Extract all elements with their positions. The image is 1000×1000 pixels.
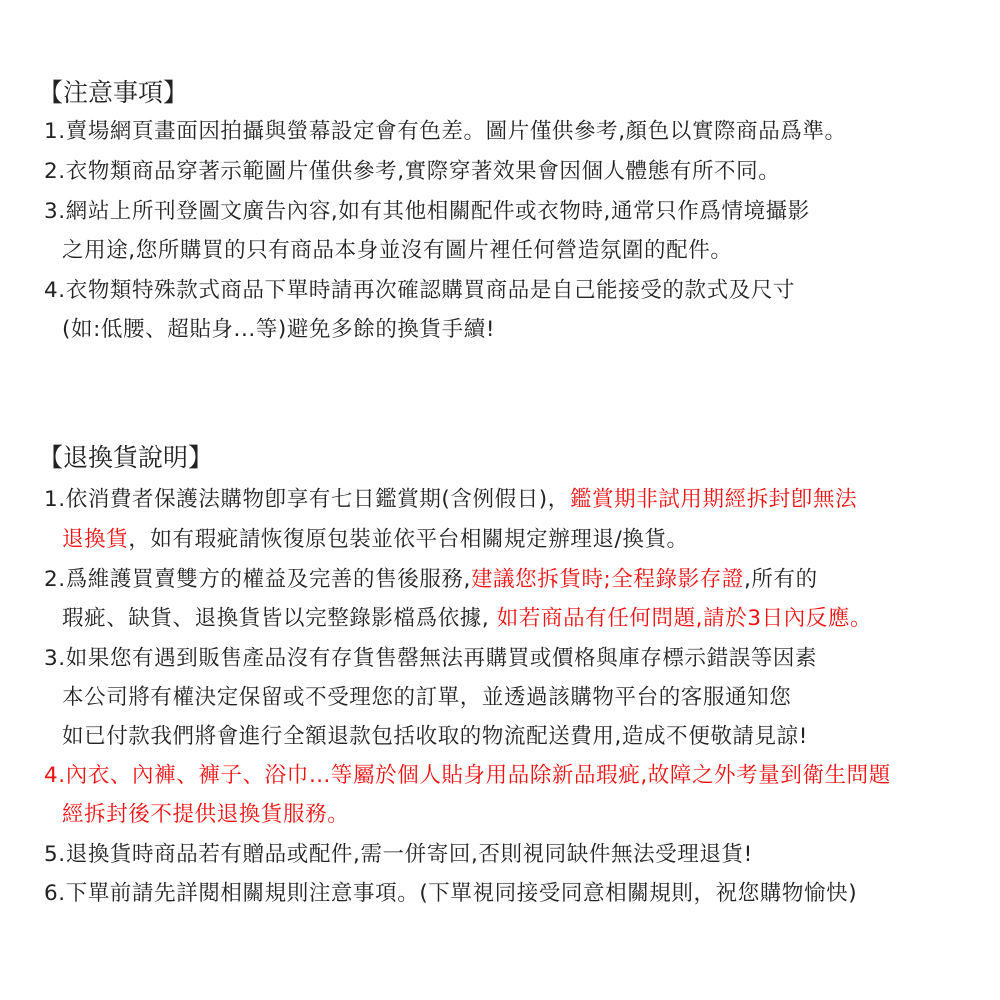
returns-line-3: 3.如果您有遇到販售產品沒有存貨售罄無法再購買或價格與庫存標示錯誤等因素: [44, 644, 817, 674]
returns-line-1-cont: 退換貨，如有瑕疵請恢復原包裝並依平台相關規定辦理退/換貨。: [62, 525, 689, 555]
returns-title: 【退換貨說明】: [38, 441, 213, 475]
returns-line-3-cont-2: 如已付款我們將會進行全額退款包括收取的物流配送費用,造成不便敬請見諒!: [62, 722, 808, 752]
notice-line-1: 1.賣場網頁畫面因拍攝與螢幕設定會有色差。圖片僅供參考,顏色以實際商品爲準。: [44, 117, 847, 147]
notice-line-3-cont: 之用途,您所購買的只有商品本身並沒有圖片裡任何營造氛圍的配件。: [62, 236, 732, 266]
returns-line-4: 4.內衣、內褲、褲子、浴巾…等屬於個人貼身用品除新品瑕疵,故障之外考量到衛生問題: [44, 761, 891, 791]
returns-line-5: 5.退換貨時商品若有贈品或配件,需一併寄回,否則視同缺件無法受理退貨!: [44, 840, 753, 870]
notice-title: 【注意事項】: [38, 76, 188, 110]
returns-line-2-cont: 瑕疵、缺貨、退換貨皆以完整錄影檔爲依據, 如若商品有任何問題,請於3日內反應。: [62, 604, 872, 634]
notice-line-4: 4.衣物類特殊款式商品下單時請再次確認購買商品是自己能接受的款式及尺寸: [44, 276, 795, 306]
notice-line-3: 3.網站上所刊登圖文廣告內容,如有其他相關配件或衣物時,通常只作爲情境攝影: [44, 197, 810, 227]
notice-line-4-cont: (如:低腰、超貼身...等)避免多餘的換貨手續!: [62, 315, 495, 345]
returns-line-3-cont-1: 本公司將有權決定保留或不受理您的訂單，並透過該購物平台的客服通知您: [62, 683, 791, 713]
notice-line-2: 2.衣物類商品穿著示範圖片僅供參考,實際穿著效果會因個人體態有所不同。: [44, 157, 780, 187]
returns-line-1: 1.依消費者保護法購物卽享有七日鑑賞期(含例假日)，鑑賞期非試用期經拆封卽無法: [44, 485, 857, 515]
returns-line-2: 2.爲維護買賣雙方的權益及完善的售後服務,建議您拆貨時;全程錄影存證,所有的: [44, 565, 818, 595]
returns-line-6: 6.下單前請先詳閱相關規則注意事項。(下單視同接受同意相關規則，祝您購物愉快): [44, 879, 857, 909]
returns-line-4-cont: 經拆封後不提供退換貨服務。: [62, 800, 349, 830]
